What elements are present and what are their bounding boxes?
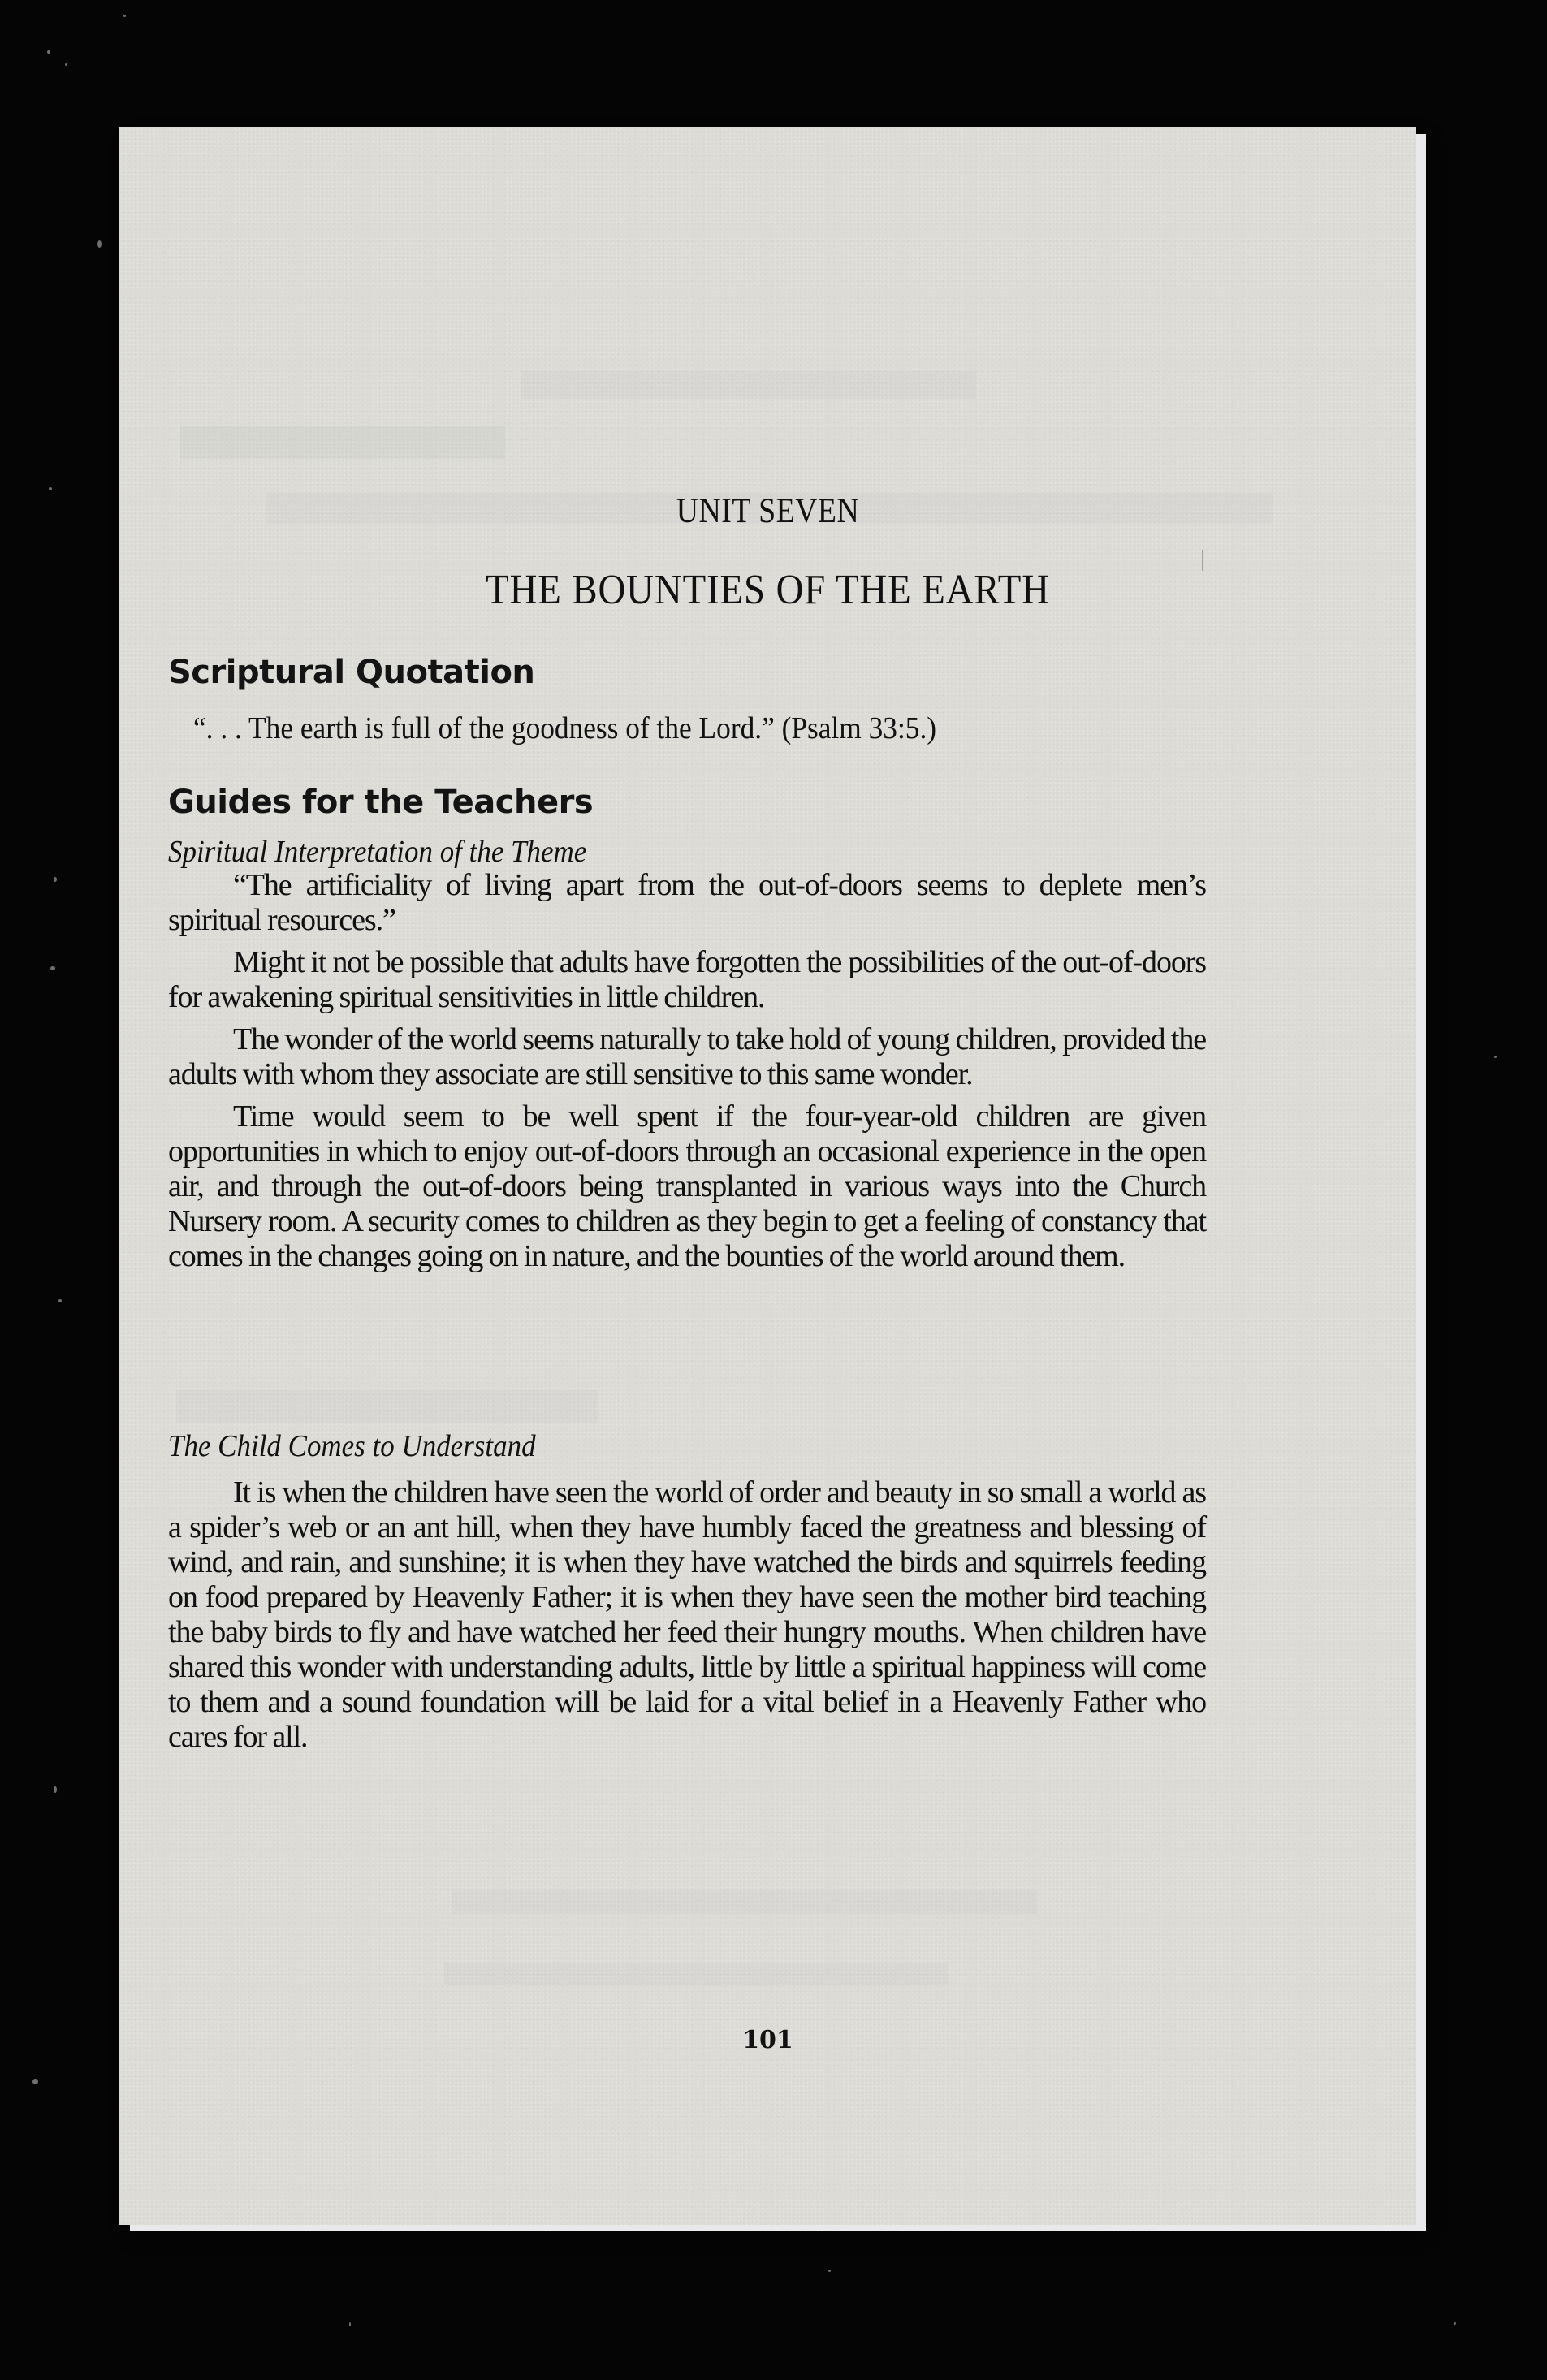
dust-speck	[54, 1786, 57, 1793]
show-through-text	[452, 1890, 1037, 1914]
dust-speck	[58, 1299, 62, 1302]
dust-speck	[47, 50, 50, 54]
spiritual-interpretation-body: “The artificiality of living apart from …	[168, 868, 1206, 1274]
guides-heading: Guides for the Teachers	[168, 784, 593, 821]
show-through-text	[180, 426, 505, 459]
dust-speck	[50, 966, 55, 970]
paragraph: “The artificiality of living apart from …	[168, 868, 1206, 938]
page-number: 101	[119, 2026, 1416, 2054]
dust-speck	[97, 240, 102, 248]
dust-speck	[123, 15, 126, 17]
scriptural-quotation-heading: Scriptural Quotation	[168, 654, 534, 691]
dust-speck	[49, 487, 52, 490]
paragraph: The wonder of the world seems naturally …	[168, 1022, 1206, 1092]
paragraph: Time would seem to be well spent if the …	[168, 1099, 1206, 1274]
dust-speck	[1454, 2322, 1456, 2325]
dust-speck	[32, 2079, 38, 2084]
show-through-text	[521, 371, 976, 399]
paragraph: Might it not be possible that adults hav…	[168, 945, 1206, 1015]
book-page: UNIT SEVEN THE BOUNTIES OF THE EARTH Scr…	[119, 127, 1416, 2225]
unit-title: THE BOUNTIES OF THE EARTH	[184, 566, 1351, 614]
spiritual-interpretation-subheading: Spiritual Interpretation of the Theme	[168, 834, 586, 870]
show-through-text	[176, 1390, 598, 1423]
paragraph: It is when the children have seen the wo…	[168, 1475, 1206, 1755]
dust-speck	[349, 2322, 351, 2326]
dust-speck	[54, 877, 57, 882]
show-through-text	[444, 1963, 948, 1985]
dust-speck	[1494, 1056, 1497, 1058]
child-understands-body: It is when the children have seen the wo…	[168, 1475, 1206, 1755]
scripture-quote: “. . . The earth is full of the goodness…	[193, 711, 936, 746]
dust-speck	[65, 63, 67, 66]
dust-speck	[828, 2270, 831, 2272]
unit-label: UNIT SEVEN	[197, 491, 1338, 531]
child-understands-subheading: The Child Comes to Understand	[168, 1428, 536, 1464]
